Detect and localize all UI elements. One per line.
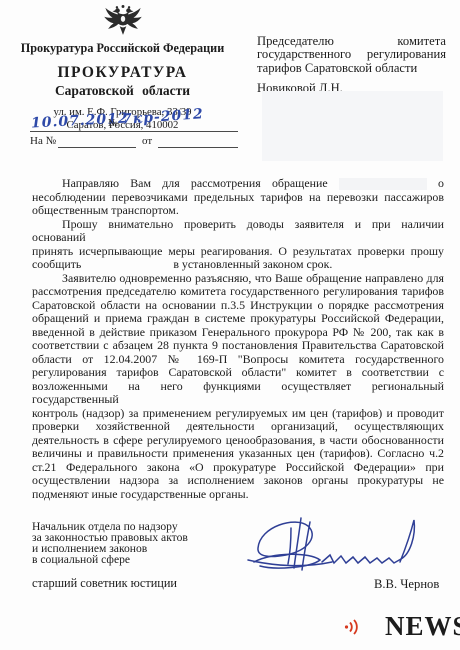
signer-name: В.В. Чернов: [374, 577, 439, 592]
body-line: Прошу внимательно проверить доводы заяви…: [32, 218, 444, 245]
body-line: возложенными на него функциями осуществл…: [32, 380, 444, 407]
body-line: ст.21 Федерального закона «О прокуратуре…: [32, 461, 444, 475]
news-logo-text: NEWS: [385, 613, 460, 640]
signer-position-line: в социальной сфере: [32, 554, 262, 565]
federation-line: Прокуратура Российской Федерации: [20, 41, 225, 56]
body-line: обращений и приема граждан в системе про…: [32, 312, 444, 326]
body-line: Саратовской области на основании п.3.5 И…: [32, 299, 444, 313]
body-line: деятельность в сфере регулируемого ценоо…: [32, 434, 444, 448]
addressee-line: государственного регулирования: [257, 48, 446, 61]
body-line: Направляю Вам для рассмотрения обращение…: [32, 177, 444, 191]
body-line: подменяют иные государственные органы.: [32, 488, 444, 502]
body-line: несоблюдении перевозчиками предельных та…: [32, 191, 444, 205]
body-line: введенной в действие приказом Генерально…: [32, 326, 444, 340]
body-line: контроль (надзор) за применением регулир…: [32, 407, 444, 421]
body-line: соответствии с абзацем 28 пункта 9 поста…: [32, 339, 444, 353]
addressee-line: тарифов Саратовской области: [257, 62, 446, 75]
blank-space: [84, 259, 170, 271]
org-region: Саратовской области: [20, 83, 225, 99]
document-page: Прокуратура Российской Федерации ПРОКУРА…: [0, 0, 460, 650]
reference-row: На № от: [30, 135, 238, 148]
ref-no-label: На №: [30, 135, 56, 147]
handwritten-outgoing-number: 7кр-2012: [122, 106, 205, 128]
body-line: осуществлении надзора за исполнением зак…: [32, 474, 444, 488]
ref-no-blank-line: [58, 135, 136, 148]
body-line: сообщить в установленный законом срок.: [32, 258, 444, 272]
letter-body: Направляю Вам для рассмотрения обращение…: [32, 177, 444, 501]
addressee-lines: Председателю комитетагосударственного ре…: [257, 35, 446, 75]
signer-rank: старший советник юстиции: [32, 576, 177, 591]
date-number-row: 10.07.2012 № 7кр-2012: [30, 109, 238, 132]
org-title: ПРОКУРАТУРА: [20, 64, 225, 82]
ref-from-blank-line: [158, 135, 238, 148]
redacted-region: [262, 91, 443, 161]
addressee-line: Председателю комитета: [257, 35, 446, 48]
body-line: величины и правильности применения указа…: [32, 447, 444, 461]
broadcast-icon: [343, 618, 363, 636]
body-line: общественным транспортом.: [32, 204, 444, 218]
body-line: проверки хозяйственной деятельности орга…: [32, 420, 444, 434]
addressee-block: Председателю комитетагосударственного ре…: [257, 35, 446, 95]
number-sign-label: №: [108, 118, 118, 129]
redacted-region-inline: [339, 178, 427, 190]
body-line: рассмотрения председателю комитета госуд…: [32, 285, 444, 299]
coat-of-arms-icon: [103, 4, 143, 36]
signer-position-block: Начальник отдела по надзоруза законность…: [32, 521, 262, 565]
body-line: области от 12.04.2007 № 169-П "Вопросы к…: [32, 353, 444, 367]
body-line: регулирования тарифов Саратовской област…: [32, 366, 444, 380]
body-line: Заявителю одновременно разъясняю, что Ва…: [32, 272, 444, 286]
news-watermark: NEWS: [343, 613, 460, 640]
ref-from-label: от: [142, 135, 152, 147]
body-line: принять исчерпывающие меры реагирования.…: [32, 245, 444, 259]
